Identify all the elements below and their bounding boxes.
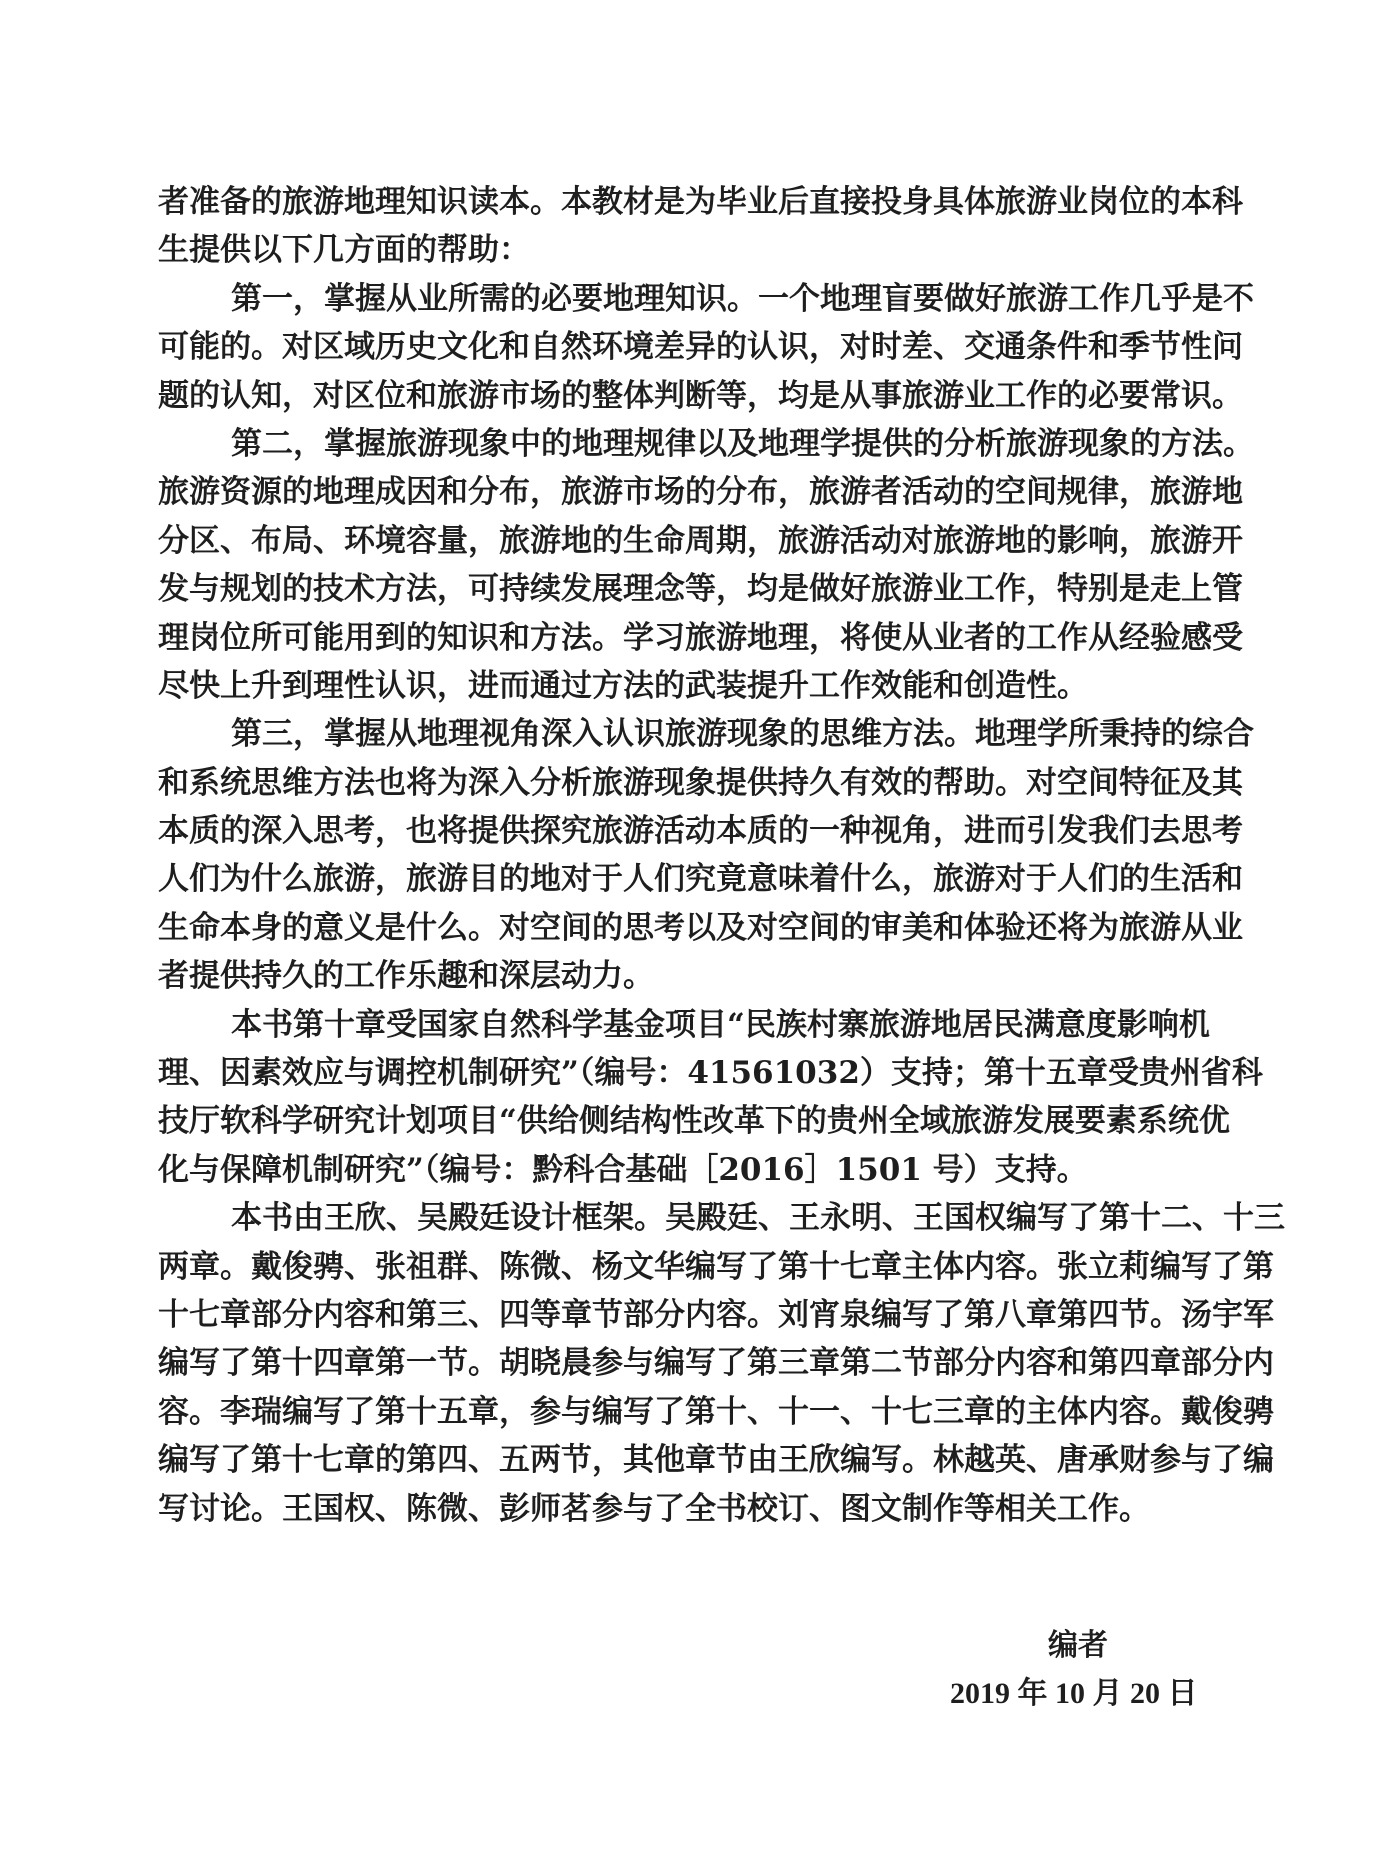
text-line: 生命本身的意义是什么。对空间的思考以及对空间的审美和体验还将为旅游从业 [158,904,1188,952]
text-line: 本质的深入思考，也将提供探究旅游活动本质的一种视角，进而引发我们去思考 [158,807,1188,855]
text-line: 编写了第十四章第一节。胡晓晨参与编写了第三章第二节部分内容和第四章部分内 [158,1339,1188,1387]
text-line: 技厅软科学研究计划项目“供给侧结构性改革下的贵州全域旅游发展要素系统优 [158,1097,1188,1145]
text-line: 第一，掌握从业所需的必要地理知识。一个地理盲要做好旅游工作几乎是不 [158,275,1188,323]
text-line: 者准备的旅游地理知识读本。本教材是为毕业后直接投身具体旅游业岗位的本科 [158,178,1188,226]
text-line: 人们为什么旅游，旅游目的地对于人们究竟意味着什么，旅游对于人们的生活和 [158,855,1188,903]
signature-date: 2019 年 10 月 20 日 [950,1674,1185,1714]
text-line: 题的认知，对区位和旅游市场的整体判断等，均是从事旅游业工作的必要常识。 [158,372,1188,420]
text-line: 可能的。对区域历史文化和自然环境差异的认识，对时差、交通条件和季节性问 [158,323,1188,371]
text-line: 两章。戴俊骋、张祖群、陈微、杨文华编写了第十七章主体内容。张立莉编写了第 [158,1243,1188,1291]
document-page: 者准备的旅游地理知识读本。本教材是为毕业后直接投身具体旅游业岗位的本科 生提供以… [0,0,1386,1859]
text-line: 第三，掌握从地理视角深入认识旅游现象的思维方法。地理学所秉持的综合 [158,710,1188,758]
text-line: 容。李瑞编写了第十五章，参与编写了第十、十一、十七三章的主体内容。戴俊骋 [158,1388,1188,1436]
text-line: 写讨论。王国权、陈微、彭师茗参与了全书校订、图文制作等相关工作。 [158,1485,1188,1533]
preface-body: 者准备的旅游地理知识读本。本教材是为毕业后直接投身具体旅游业岗位的本科 生提供以… [158,178,1188,1533]
text-line: 化与保障机制研究”（编号：黔科合基础［2016］1501 号）支持。 [158,1146,1188,1194]
author-signature: 编者 [1048,1626,1108,1666]
text-line: 第二，掌握旅游现象中的地理规律以及地理学提供的分析旅游现象的方法。 [158,420,1188,468]
text-line: 本书第十章受国家自然科学基金项目“民族村寨旅游地居民满意度影响机 [158,1001,1188,1049]
text-line: 理、因素效应与调控机制研究”（编号：41561032）支持；第十五章受贵州省科 [158,1049,1188,1097]
text-line: 分区、布局、环境容量，旅游地的生命周期，旅游活动对旅游地的影响，旅游开 [158,517,1188,565]
text-line: 者提供持久的工作乐趣和深层动力。 [158,952,1188,1000]
text-line: 理岗位所可能用到的知识和方法。学习旅游地理，将使从业者的工作从经验感受 [158,614,1188,662]
text-line: 和系统思维方法也将为深入分析旅游现象提供持久有效的帮助。对空间特征及其 [158,759,1188,807]
text-line: 旅游资源的地理成因和分布，旅游市场的分布，旅游者活动的空间规律，旅游地 [158,468,1188,516]
text-line: 十七章部分内容和第三、四等章节部分内容。刘宵泉编写了第八章第四节。汤宇军 [158,1291,1188,1339]
text-line: 发与规划的技术方法，可持续发展理念等，均是做好旅游业工作，特别是走上管 [158,565,1188,613]
text-line: 本书由王欣、吴殿廷设计框架。吴殿廷、王永明、王国权编写了第十二、十三 [158,1194,1188,1242]
text-line: 编写了第十七章的第四、五两节，其他章节由王欣编写。林越英、唐承财参与了编 [158,1436,1188,1484]
text-line: 生提供以下几方面的帮助： [158,226,1188,274]
text-line: 尽快上升到理性认识，进而通过方法的武装提升工作效能和创造性。 [158,662,1188,710]
